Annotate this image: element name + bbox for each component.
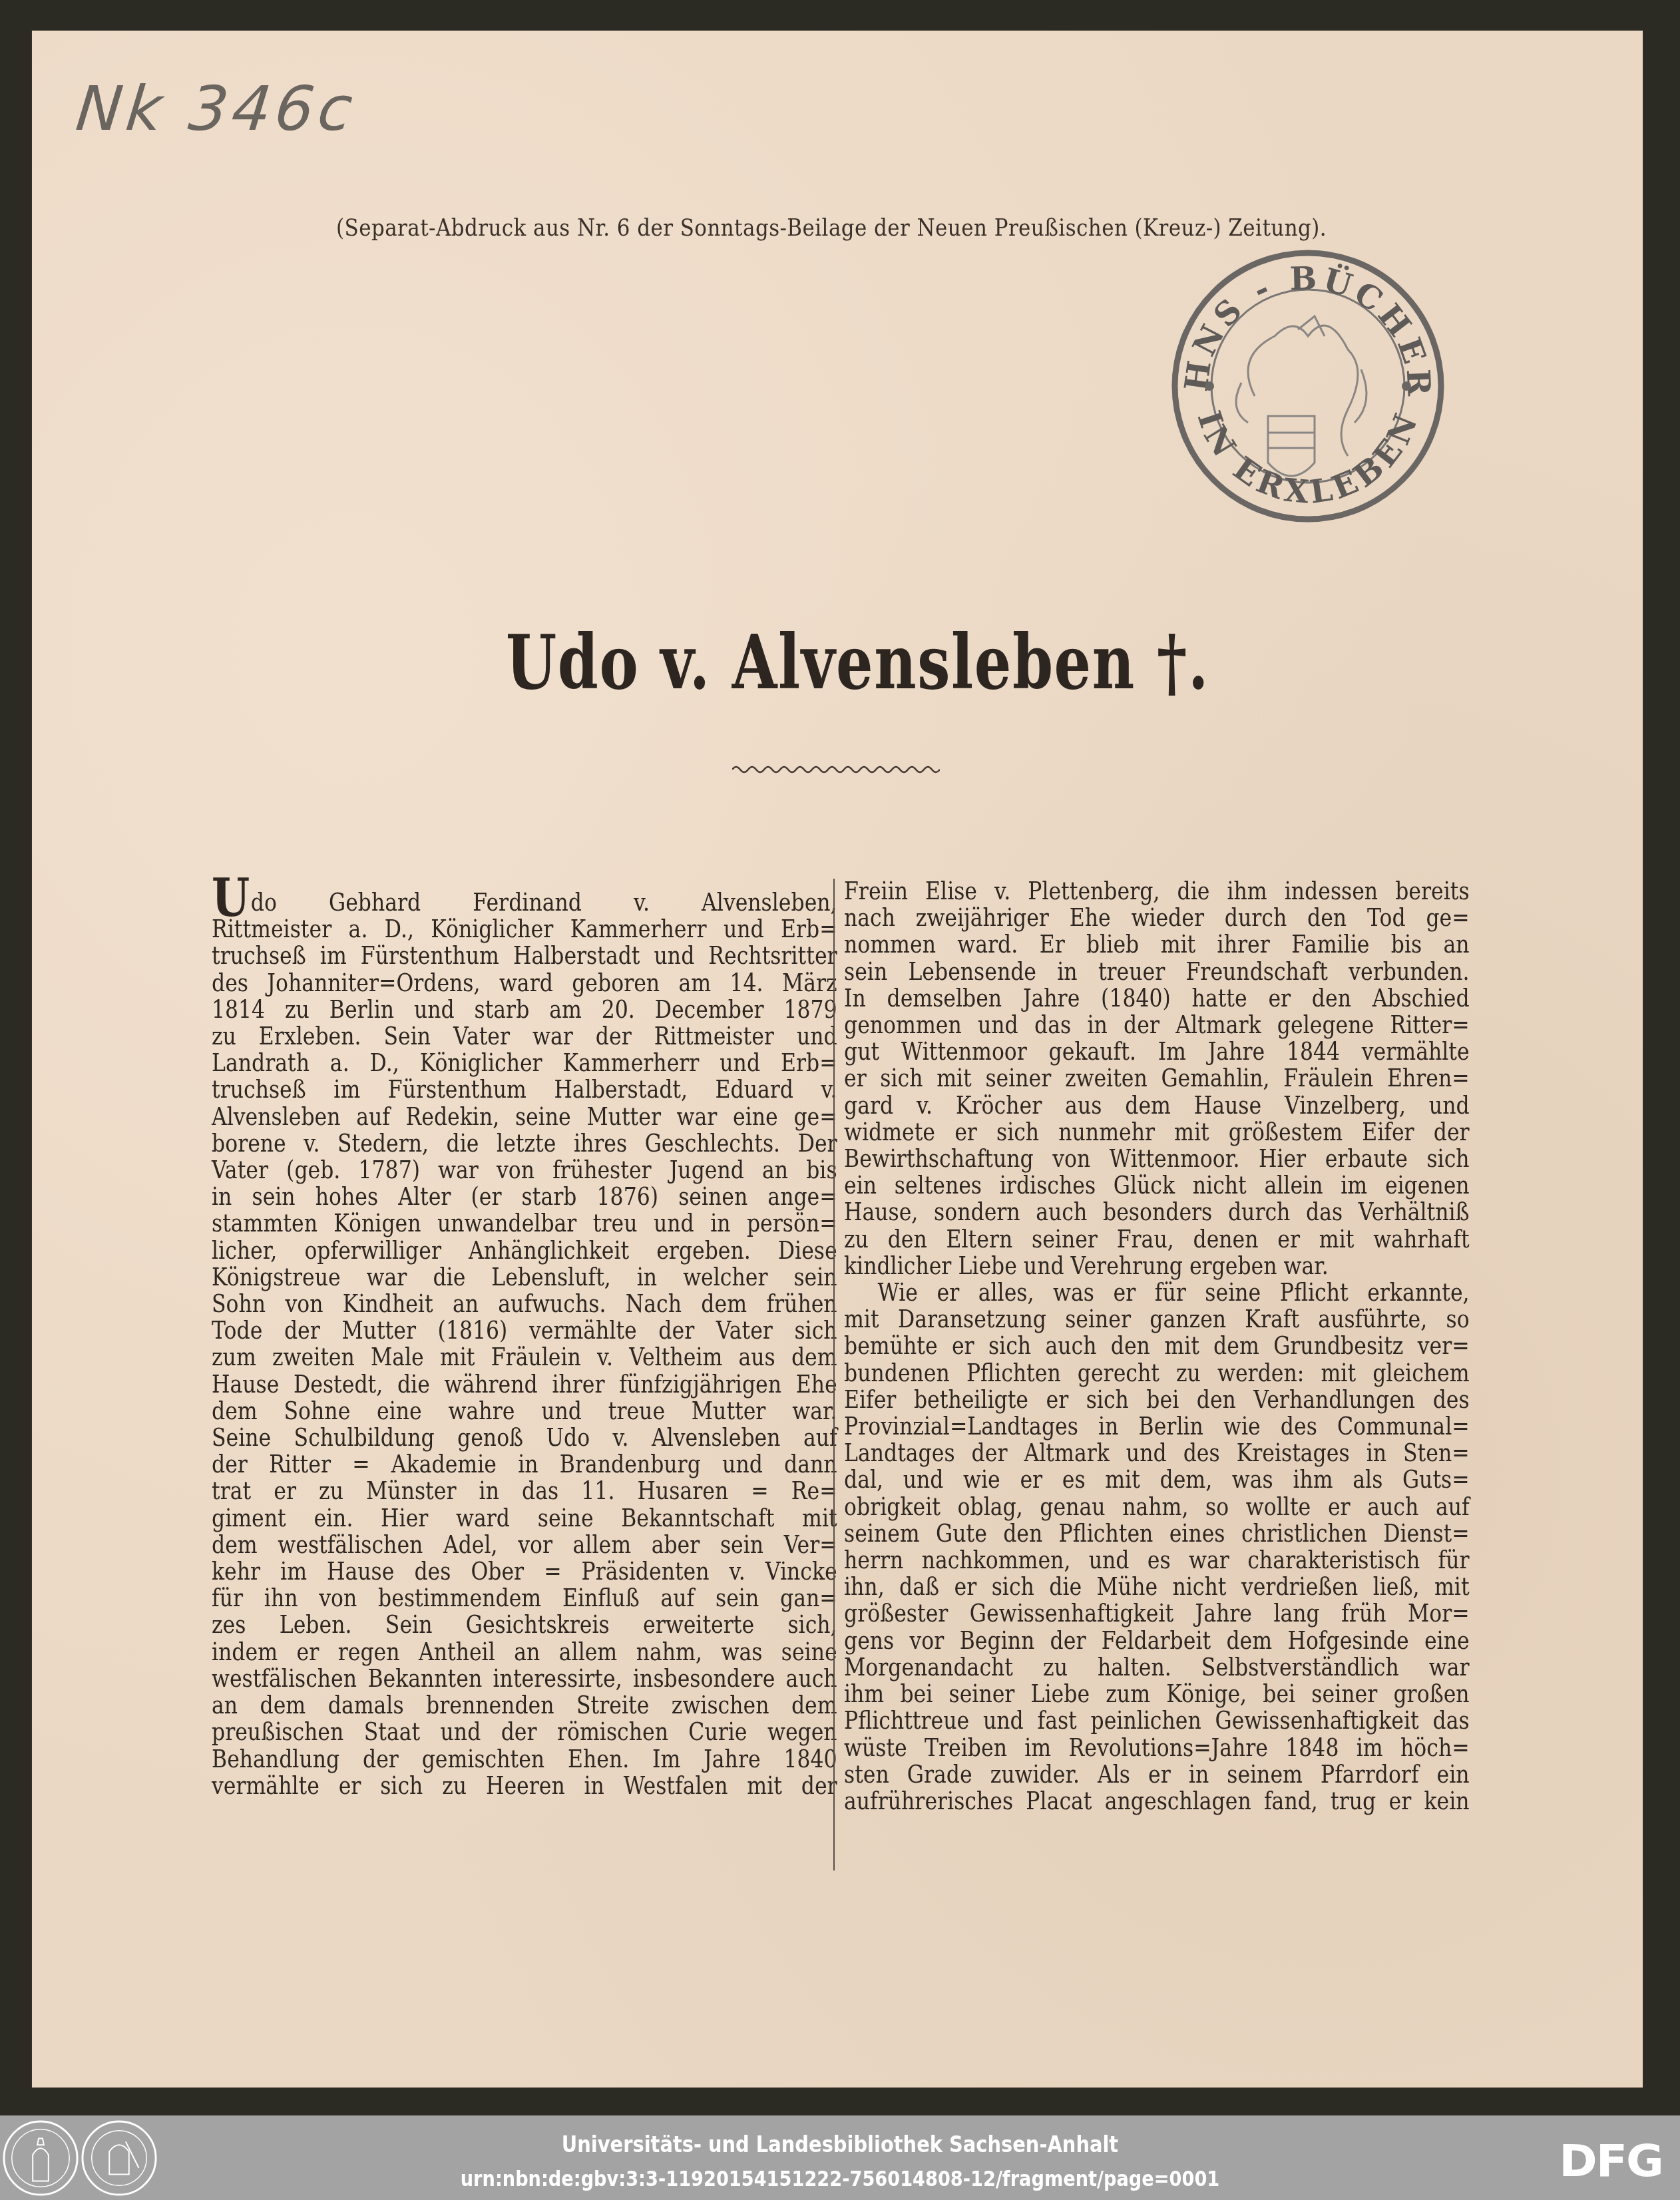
text-line: ihn, daß er sich die Mühe nicht verdrieß…	[844, 1573, 1470, 1600]
text-line: zes Leben. Sein Gesichtskreis erweiterte…	[212, 1611, 837, 1638]
wavy-divider-icon	[732, 764, 940, 775]
text-line: Landtages der Altmark und des Kreistages…	[844, 1439, 1470, 1466]
text-line: gard v. Kröcher aus dem Hause Vinzelberg…	[844, 1092, 1470, 1118]
text-line: Provinzial=Landtages in Berlin wie des C…	[844, 1413, 1470, 1439]
text-line: giment ein. Hier ward seine Bekanntschaf…	[212, 1504, 837, 1531]
text-line: Hause Destedt, die während ihrer fünfzig…	[212, 1371, 837, 1397]
library-footer-bar: Universitäts- und Landesbibliothek Sachs…	[0, 2115, 1680, 2200]
text-line: er sich mit seiner zweiten Gemahlin, Frä…	[844, 1064, 1470, 1091]
text-line: zum zweiten Male mit Fräulein v. Velthei…	[212, 1343, 837, 1370]
text-line: mit Daransetzung seiner ganzen Kraft aus…	[844, 1305, 1470, 1332]
source-note: (Separat-Abdruck aus Nr. 6 der Sonntags-…	[336, 214, 1206, 242]
drop-cap: U	[212, 885, 250, 912]
text-line: obrigkeit oblag, genau nahm, so wollte e…	[844, 1493, 1470, 1520]
text-line: Bewirthschaftung von Wittenmoor. Hier er…	[844, 1145, 1470, 1172]
text-line: Eifer betheiligte er sich bei den Verhan…	[844, 1386, 1470, 1413]
text-line: wüste Treiben im Revolutions=Jahre 1848 …	[844, 1734, 1470, 1761]
library-stamp-icon: LEHNS - BÜCHEREI IN ERXLEBEN	[1155, 236, 1461, 536]
text-line: Alvensleben auf Redekin, seine Mutter wa…	[212, 1103, 837, 1130]
library-name: Universitäts- und Landesbibliothek Sachs…	[126, 2131, 1554, 2158]
text-line: 1814 zu Berlin und starb am 20. December…	[212, 996, 837, 1022]
text-line: indem er regen Antheil an allem nahm, wa…	[212, 1638, 837, 1665]
text-line: Königstreue war die Lebensluft, in welch…	[212, 1263, 837, 1290]
text-line: truchseß im Fürstenthum Halberstadt und …	[212, 942, 837, 969]
page-title: Udo v. Alvensleben †.	[506, 619, 1036, 706]
text-line: gens vor Beginn der Feldarbeit dem Hofge…	[844, 1627, 1470, 1653]
stamp-top-text: LEHNS - BÜCHEREI	[1155, 236, 1438, 401]
text-line: Pflichttreue und fast peinlichen Gewisse…	[844, 1707, 1470, 1733]
text-line: an dem damals brennenden Streite zwische…	[212, 1691, 837, 1718]
text-line: truchseß im Fürstenthum Halberstadt, Edu…	[212, 1076, 837, 1102]
text-line: widmete er sich nunmehr mit größestem Ei…	[844, 1118, 1470, 1145]
text-line: zu Erxleben. Sein Vater war der Rittmeis…	[212, 1022, 837, 1049]
text-line: Sohn von Kindheit an aufwuchs. Nach dem …	[212, 1290, 837, 1317]
text-line: bemühte er sich auch den mit dem Grundbe…	[844, 1332, 1470, 1359]
text-line: preußischen Staat und der römischen Curi…	[212, 1718, 837, 1745]
text-line: Vater (geb. 1787) war von frühester Juge…	[212, 1156, 837, 1183]
text-line: westfälischen Bekannten interessirte, in…	[212, 1665, 837, 1691]
stamp-bottom-text: IN ERXLEBEN	[1190, 405, 1427, 512]
text-line: sten Grade zuwider. Als er in seinem Pfa…	[844, 1761, 1470, 1787]
dfg-logo: DFG	[1559, 2135, 1662, 2187]
text-line: Landrath a. D., Königlicher Kammerherr u…	[212, 1049, 837, 1076]
text-line: kehr im Hause des Ober = Präsidenten v. …	[212, 1558, 837, 1584]
text-line: sein Lebensende in treuer Freundschaft v…	[844, 958, 1470, 985]
column-divider	[833, 879, 835, 1870]
text-line: Behandlung der gemischten Ehen. Im Jahre…	[212, 1745, 837, 1772]
text-line: borene v. Stedern, die letzte ihres Gesc…	[212, 1130, 837, 1156]
text-line: größester Gewissenhaftigkeit Jahre lang …	[844, 1600, 1470, 1626]
text-line: dem westfälischen Adel, vor allem aber s…	[212, 1531, 837, 1558]
text-line: Tode der Mutter (1816) vermählte der Vat…	[212, 1317, 837, 1343]
text-line: trat er zu Münster in das 11. Husaren = …	[212, 1477, 837, 1504]
text-line: Hause, sondern auch besonders durch das …	[844, 1198, 1470, 1225]
text-line: kindlicher Liebe und Verehrung ergeben w…	[844, 1252, 1470, 1279]
text-line: zu den Eltern seiner Frau, denen er mit …	[844, 1225, 1470, 1252]
text-line: für ihn von bestimmendem Einfluß auf sei…	[212, 1584, 837, 1611]
text-line: herrn nachkommen, und es war charakteris…	[844, 1546, 1470, 1573]
text-line: der Ritter = Akademie in Brandenburg und…	[212, 1450, 837, 1477]
text-line: nommen ward. Er blieb mit ihrer Familie …	[844, 931, 1470, 957]
text-line: bundenen Pflichten gerecht zu werden: mi…	[844, 1359, 1470, 1386]
text-line: Wie er alles, was er für seine Pflicht e…	[844, 1279, 1470, 1305]
text-line: seinem Gute den Pflichten eines christli…	[844, 1520, 1470, 1546]
handwritten-shelfmark: Nk 346c	[73, 73, 359, 144]
text-line: des Johanniter=Ordens, ward geboren am 1…	[212, 969, 837, 996]
urn-identifier[interactable]: urn:nbn:de:gbv:3:3-11920154151222-756014…	[126, 2166, 1554, 2191]
left-column: Udo Gebhard Ferdinand v. Alvensleben, Ri…	[212, 885, 837, 1799]
svg-text:LEHNS - BÜCHEREI: LEHNS - BÜCHEREI	[1155, 236, 1438, 401]
text-line: stammten Königen unwandelbar treu und in…	[212, 1210, 837, 1236]
text-line: nach zweijähriger Ehe wieder durch den T…	[844, 904, 1470, 931]
text-line: Seine Schulbildung genoß Udo v. Alvensle…	[212, 1424, 837, 1450]
university-seal-icon	[1, 2119, 80, 2197]
text-line: licher, opferwilliger Anhänglichkeit erg…	[212, 1237, 837, 1263]
text-line: Rittmeister a. D., Königlicher Kammerher…	[212, 915, 837, 942]
svg-text:IN ERXLEBEN: IN ERXLEBEN	[1190, 405, 1427, 512]
text-line: ein seltenes irdisches Glück nicht allei…	[844, 1172, 1470, 1198]
text-line: dem Sohne eine wahre und treue Mutter wa…	[212, 1397, 837, 1424]
text-line: Udo Gebhard Ferdinand v. Alvensleben,	[212, 885, 837, 915]
text-line: In demselben Jahre (1840) hatte er den A…	[844, 985, 1470, 1011]
text-line: in sein hohes Alter (er starb 1876) sein…	[212, 1183, 837, 1210]
text-line: ihm bei seiner Liebe zum Könige, bei sei…	[844, 1680, 1470, 1707]
text-line: dal, und wie er es mit dem, was ihm als …	[844, 1466, 1470, 1492]
text-line: Freiin Elise v. Plettenberg, die ihm ind…	[844, 877, 1470, 904]
text-line: vermählte er sich zu Heeren in Westfalen…	[212, 1772, 837, 1799]
right-column: Freiin Elise v. Plettenberg, die ihm ind…	[844, 877, 1470, 1814]
text-line: Morgenandacht zu halten. Selbstverständl…	[844, 1653, 1470, 1680]
text-line: aufrührerisches Placat angeschlagen fand…	[844, 1787, 1470, 1814]
text-line: gut Wittenmoor gekauft. Im Jahre 1844 ve…	[844, 1038, 1470, 1064]
text-line: genommen und das in der Altmark gelegene…	[844, 1011, 1470, 1038]
